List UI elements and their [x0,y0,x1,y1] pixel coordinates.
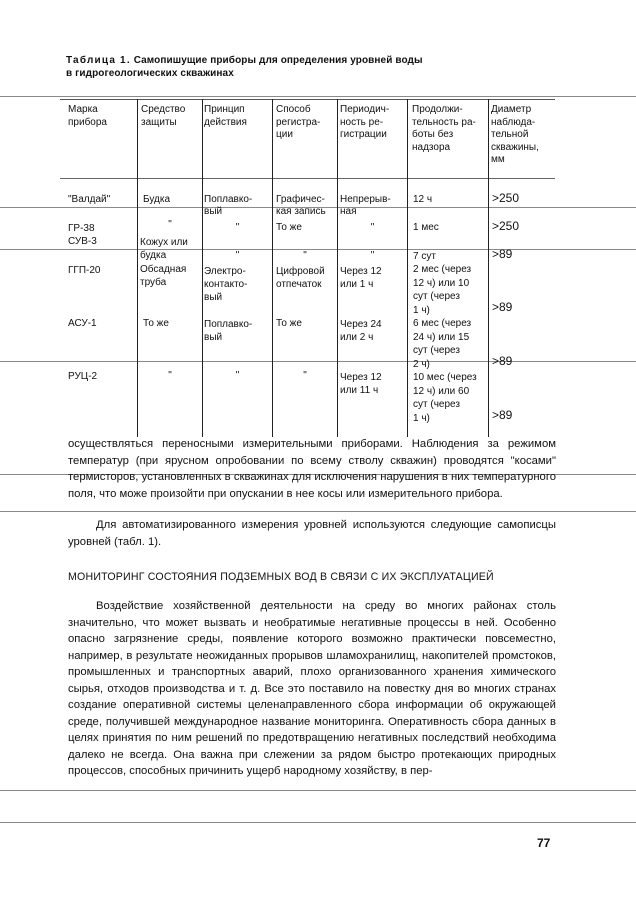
cell-diameter: >250 [492,220,519,232]
header-brand: Марка прибора [68,104,107,129]
cell-periodicity: Через 12 или 1 ч [340,265,382,291]
table-caption-line2: в гидрогеологических скважинах [66,68,234,79]
scan-line [0,790,636,791]
table-header-rule [60,178,555,179]
cell-diameter: >89 [492,355,512,367]
header-periodicity: Периодич- ность ре- гистрации [340,104,389,142]
cell-duration: 12 ч [413,194,432,206]
cell-registration: То же [276,222,302,234]
cell-periodicity: Через 12 или 11 ч [340,371,382,397]
cell-diameter: >89 [492,301,512,313]
column-divider [337,99,338,437]
cell-periodicity: Через 24 или 2 ч [340,318,382,344]
cell-principle: Электро- контакто- вый [204,265,247,304]
cell-principle: Поплавко- вый [204,318,252,344]
cell-protection: Обсадная труба [140,263,186,289]
column-divider [407,99,408,437]
paragraph-text: Для автоматизированного измерения уровне… [68,517,556,550]
cell-principle: Поплавко- вый [204,194,252,218]
paragraph-text: осуществляться переносными измерительным… [68,436,556,502]
paragraph-text: Воздействие хозяйственной деятельности н… [68,598,556,780]
cell-registration: " [273,370,337,382]
cell-brand: "Валдай" [68,194,110,206]
paragraph-continuation: осуществляться переносными измерительным… [68,436,556,502]
cell-periodicity: " [338,250,407,262]
scan-line [0,822,636,823]
paragraph-table-reference: Для автоматизированного измерения уровне… [68,517,556,550]
column-divider [137,99,138,437]
cell-principle: " [203,370,272,382]
cell-diameter: >89 [492,409,512,421]
cell-registration: " [273,250,337,262]
header-principle: Принцип действия [204,104,247,129]
cell-duration: 7 сут [413,251,436,263]
scan-line [0,511,636,512]
cell-duration: 1 мес [413,222,439,234]
cell-brand: АСУ-1 [68,318,97,330]
column-divider [272,99,273,437]
cell-diameter: >250 [492,192,519,204]
table-top-rule [60,99,555,100]
cell-duration: 2 мес (через 12 ч) или 10 сут (через 1 ч… [413,263,471,317]
cell-protection: Будка [143,194,170,206]
cell-protection: " [138,370,202,382]
section-heading: МОНИТОРИНГ СОСТОЯНИЯ ПОДЗЕМНЫХ ВОД В СВЯ… [68,571,558,583]
scan-line [0,361,636,362]
page-number: 77 [537,836,550,850]
scan-line [0,96,636,97]
cell-diameter: >89 [492,248,512,260]
cell-periodicity: Непрерыв- ная [340,194,391,218]
header-registration: Способ регистра- ции [276,104,320,142]
table-caption-label: Таблица 1. [66,55,131,66]
header-duration: Продолжи- тельность ра- боты без надзора [412,104,476,154]
cell-principle: " [203,250,272,262]
cell-registration: Цифровой отпечаток [276,265,325,291]
column-divider [202,99,203,437]
cell-registration: То же [276,318,302,330]
table-caption: Таблица 1. Самопишущие приборы для опред… [66,54,546,80]
cell-protection: " [138,219,202,231]
cell-periodicity: " [338,222,407,234]
cell-protection-alt: Кожух или будка [140,236,188,262]
cell-duration: 6 мес (через 24 ч) или 15 сут (через 2 ч… [413,317,471,371]
cell-brand: РУЦ-2 [68,371,97,383]
cell-duration: 10 мес (через 12 ч) или 60 сут (через 1 … [413,371,477,425]
header-diameter: Диаметр наблюда- тельной скважины, мм [491,104,539,167]
cell-brand: ГГП-20 [68,265,100,277]
table-caption-line1: Самопишущие приборы для определения уров… [134,55,423,66]
cell-protection: То же [143,318,169,330]
column-divider [488,99,489,437]
cell-registration: Графичес- кая запись [276,194,326,218]
header-protection: Средство защиты [141,104,185,129]
cell-brand: ГР-38 СУВ-3 [68,222,97,248]
cell-principle: " [203,222,272,234]
paragraph-monitoring: Воздействие хозяйственной деятельности н… [68,598,556,780]
